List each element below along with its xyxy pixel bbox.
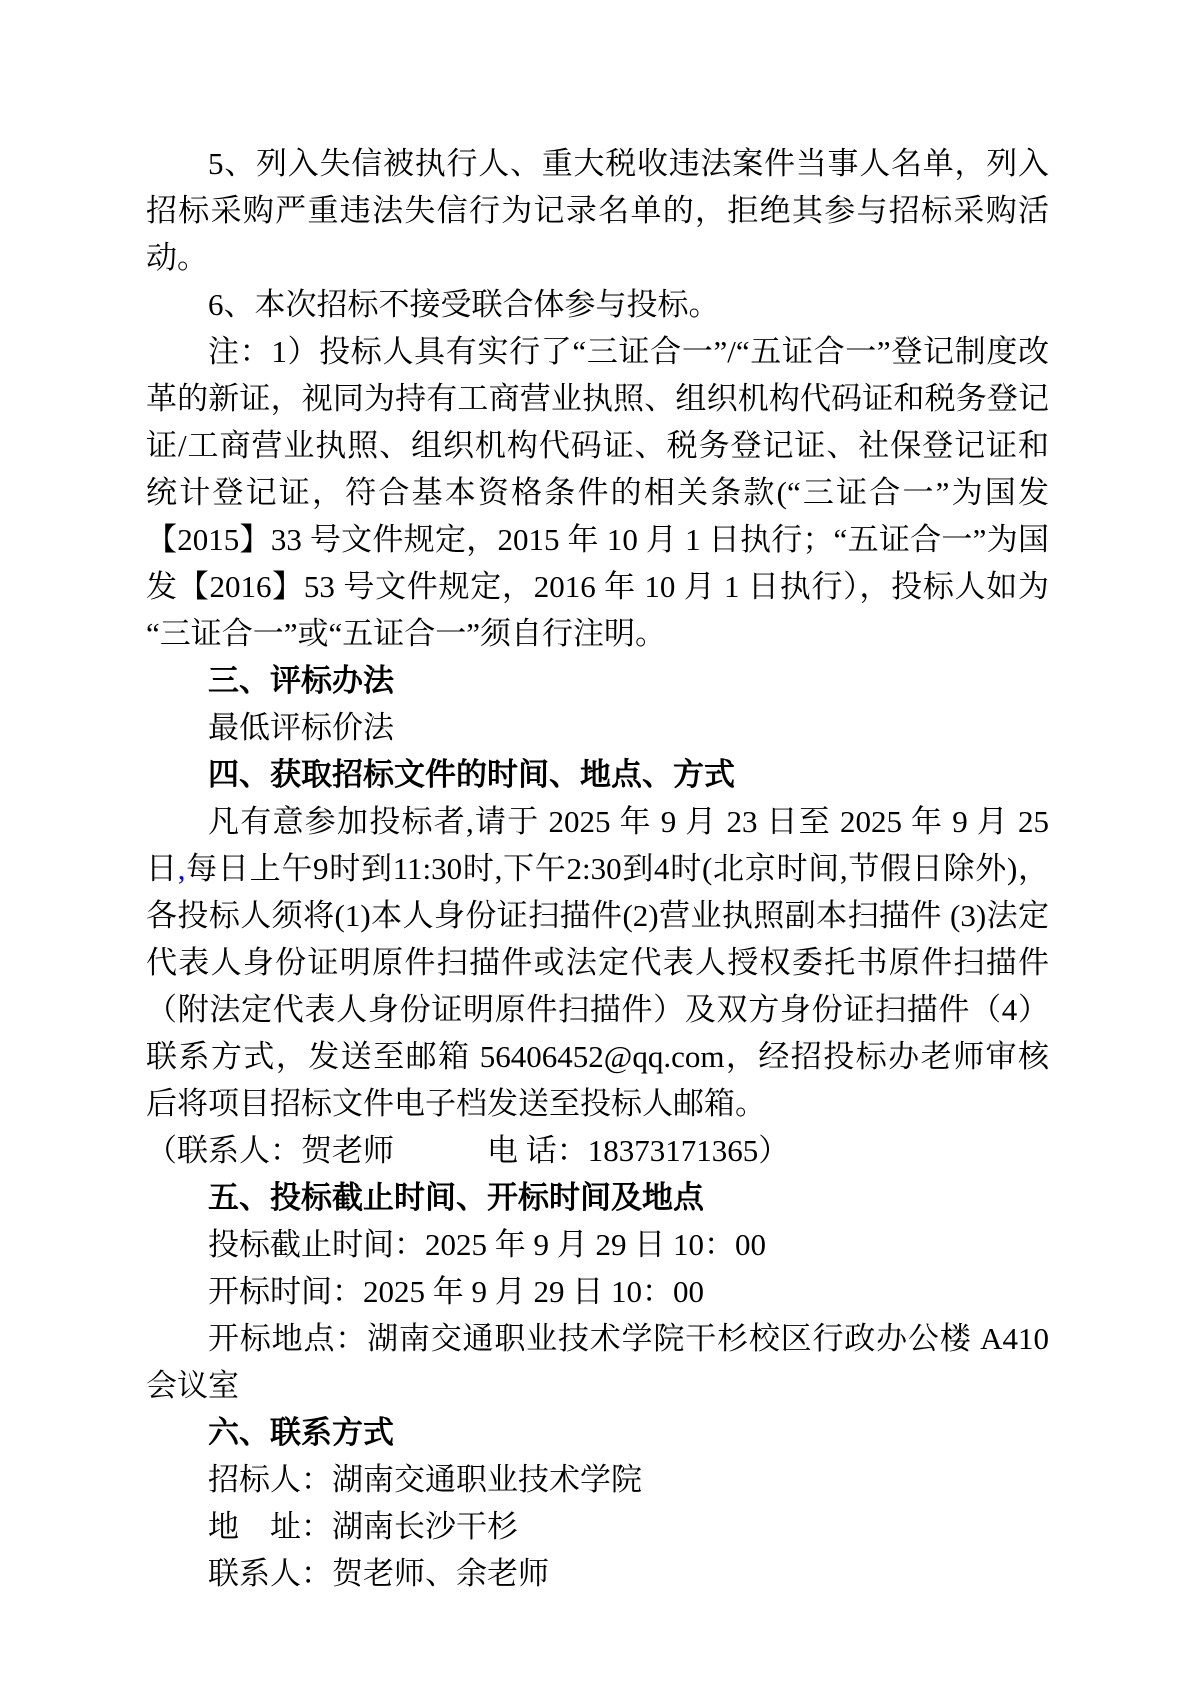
contact-persons-line: 联系人：贺老师、余老师 [146, 1550, 1049, 1597]
bid-deadline-line: 投标截止时间：2025 年 9 月 29 日 10：00 [146, 1221, 1049, 1268]
bid-opening-time-line: 开标时间：2025 年 9 月 29 日 10：00 [146, 1268, 1049, 1315]
contact-phone-line: （联系人：贺老师 电 话：18373171365） [146, 1127, 1049, 1174]
clause-5-paragraph: 5、列入失信被执行人、重大税收违法案件当事人名单，列入招标采购严重违法失信行为记… [146, 140, 1049, 281]
note-paragraph: 注：1）投标人具有实行了“三证合一”/“五证合一”登记制度改革的新证，视同为持有… [146, 328, 1049, 657]
clause-6-paragraph: 6、本次招标不接受联合体参与投标。 [146, 281, 1049, 328]
section-4-body-paragraph: 凡有意参加投标者,请于 2025 年 9 月 23 日至 2025 年 9 月 … [146, 798, 1049, 1127]
section-3-heading: 三、评标办法 [146, 657, 1049, 704]
document-page: 5、列入失信被执行人、重大税收违法案件当事人名单，列入招标采购严重违法失信行为记… [0, 0, 1191, 1684]
evaluation-method-line: 最低评标价法 [146, 704, 1049, 751]
tenderer-line: 招标人：湖南交通职业技术学院 [146, 1456, 1049, 1503]
address-line: 地 址：湖南长沙干杉 [146, 1503, 1049, 1550]
section-6-heading: 六、联系方式 [146, 1409, 1049, 1456]
bid-opening-place-line: 开标地点：湖南交通职业技术学院干杉校区行政办公楼 A410 会议室 [146, 1315, 1049, 1409]
bid-procedure-text: 每日上午9时到11:30时,下午2:30到4时(北京时间,节假日除外)，各投标人… [146, 851, 1049, 1121]
section-4-heading: 四、获取招标文件的时间、地点、方式 [146, 751, 1049, 798]
section-5-heading: 五、投标截止时间、开标时间及地点 [146, 1174, 1049, 1221]
